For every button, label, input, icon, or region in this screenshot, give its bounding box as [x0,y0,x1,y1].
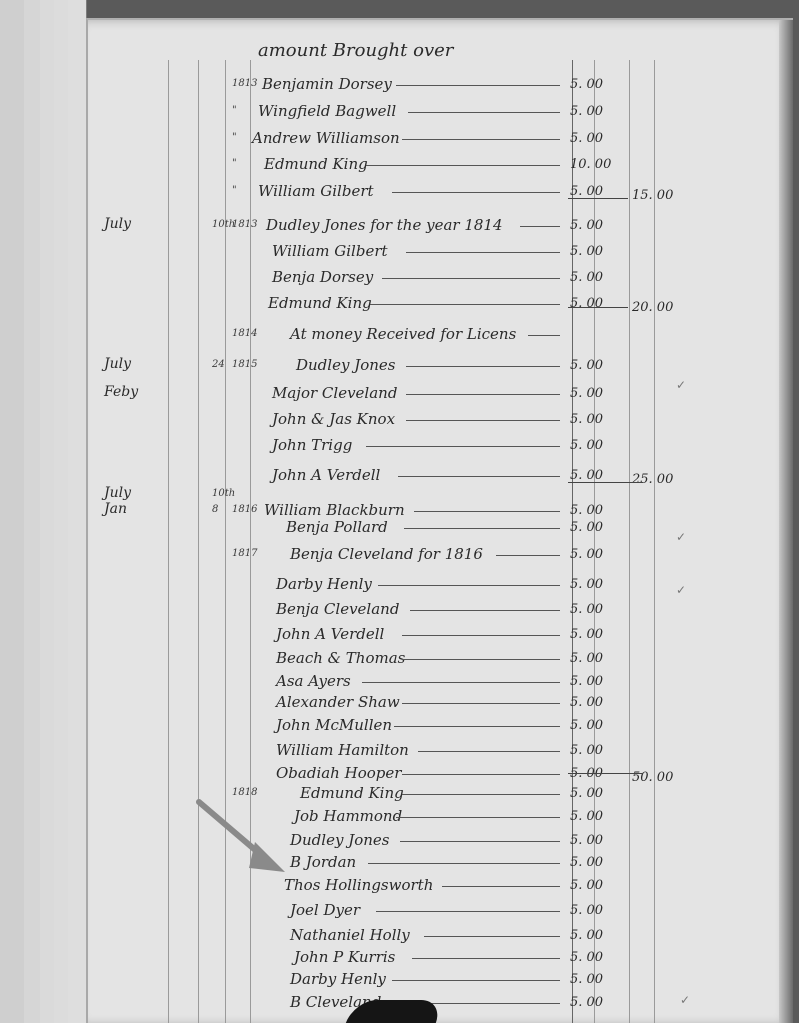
entry-amount: 5. 00 [570,577,603,592]
fill-dash [402,794,560,795]
entry-name: John McMullen [276,716,392,734]
entry-name: John A Verdell [276,625,384,643]
entry-amount: 5. 00 [570,438,603,453]
entry-name: Alexander Shaw [276,693,400,711]
fill-dash [366,446,560,447]
fill-dash [366,165,560,166]
entry-name: Obadiah Hooper [276,764,401,782]
entry-amount: 5. 00 [570,503,603,518]
entry-name: Dudley Jones [290,831,390,849]
entry-year: 1813 [232,219,257,230]
fill-dash [400,841,560,842]
entry-amount: 5. 00 [570,928,603,943]
entry-name: Andrew Williamson [252,129,400,147]
subtotal-rule [568,773,643,774]
entry-name: Major Cleveland [272,384,397,402]
entry-amount: 5. 00 [570,995,603,1010]
entry-year: 1813 [232,78,257,89]
fill-dash [376,911,560,912]
subtotal-rule [568,482,643,483]
entry-month: Feby [104,384,138,400]
fill-dash [520,226,560,227]
column-rule [198,60,199,1023]
entry-amount: 5. 00 [570,878,603,893]
fill-dash [396,85,560,86]
entry-subtotal: 25. 00 [632,472,673,487]
entry-name: William Hamilton [276,741,409,759]
fill-dash [382,278,560,279]
entry-amount: 5. 00 [570,602,603,617]
entry-name: Benja Pollard [286,518,388,536]
entry-amount: 5. 00 [570,358,603,373]
entry-amount: 5. 00 [570,695,603,710]
entry-subtotal: 20. 00 [632,300,673,315]
entry-year: 1815 [232,359,257,370]
entry-amount: 5. 00 [570,104,603,119]
entry-name: Dudley Jones [296,356,396,374]
entry-year: 1818 [232,787,257,798]
entry-amount: 5. 00 [570,468,603,483]
fill-dash [370,304,560,305]
entry-day: 24 [212,359,225,370]
fill-dash [378,585,560,586]
entry-name: Benjamin Dorsey [262,75,392,93]
entry-name: Edmund King [300,784,404,802]
ledger-header: amount Brought over [258,40,453,61]
entry-amount: 5. 00 [570,77,603,92]
fill-dash [528,335,560,336]
subtotal-rule [568,307,628,308]
entry-name: William Blackburn [264,501,405,519]
entry-amount: 5. 00 [570,296,603,311]
fill-dash [406,420,560,421]
page-shadow [779,20,793,1023]
entry-year: " [232,105,237,116]
entry-name: Dudley Jones for the year 1814 [266,216,503,234]
column-rule [168,60,169,1023]
entry-name: Beach & Thomas [276,649,405,667]
entry-name: Joel Dyer [290,901,360,919]
entry-month: July [104,356,131,372]
entry-name: Job Hammond [294,807,402,825]
entry-day: 10th [212,488,235,499]
entry-amount: 5. 00 [570,244,603,259]
entry-year: 1816 [232,504,257,515]
entry-amount: 10. 00 [570,157,611,172]
fill-dash [418,751,560,752]
fill-dash [406,394,560,395]
entry-name: Wingfield Bagwell [258,102,396,120]
fill-dash [398,476,560,477]
entry-name: Benja Dorsey [272,268,373,286]
entry-amount: 5. 00 [570,743,603,758]
checkmark-icon: ✓ [680,993,690,1007]
entry-year: " [232,185,237,196]
entry-year: 1814 [232,328,257,339]
fill-dash [402,703,560,704]
entry-amount: 5. 00 [570,833,603,848]
fill-dash [396,817,560,818]
entry-amount: 5. 00 [570,674,603,689]
entry-amount: 5. 00 [570,950,603,965]
entry-name: William Gilbert [272,242,388,260]
entry-day: 8 [212,504,218,515]
entry-subtotal: 15. 00 [632,188,673,203]
entry-amount: 5. 00 [570,855,603,870]
entry-amount: 5. 00 [570,903,603,918]
fill-dash [368,863,560,864]
column-rule [250,60,251,1023]
entry-name: Darby Henly [276,575,372,593]
entry-name: John & Jas Knox [272,410,395,428]
entry-name: Edmund King [264,155,368,173]
column-rule [654,60,655,1023]
entry-name: At money Received for Licens [290,325,516,343]
entry-amount: 5. 00 [570,218,603,233]
fill-dash [362,682,560,683]
entry-name: John A Verdell [272,466,380,484]
arrow-annotation-icon [195,798,295,878]
entry-amount: 5. 00 [570,972,603,987]
entry-month: July [104,485,131,501]
fill-dash [406,366,560,367]
ledger-page [86,18,793,1023]
entry-name: B Jordan [290,853,356,871]
checkmark-icon: ✓ [676,530,686,544]
fill-dash [496,555,560,556]
entry-month: Jan [104,501,127,517]
fill-dash [394,726,560,727]
entry-amount: 5. 00 [570,386,603,401]
entry-amount: 5. 00 [570,184,603,199]
fill-dash [404,528,560,529]
entry-name: Thos Hollingsworth [284,876,433,894]
fill-dash [402,635,560,636]
entry-amount: 5. 00 [570,547,603,562]
entry-name: Asa Ayers [276,672,351,690]
column-rule [629,60,630,1023]
entry-amount: 5. 00 [570,131,603,146]
fill-dash [408,112,560,113]
entry-amount: 5. 00 [570,627,603,642]
fill-dash [402,774,560,775]
subtotal-rule [568,198,628,199]
entry-year: " [232,132,237,143]
fill-dash [424,936,560,937]
fill-dash [412,958,560,959]
entry-name: John Trigg [272,436,352,454]
column-rule [225,60,226,1023]
fill-dash [442,886,560,887]
entry-name: Darby Henly [290,970,386,988]
checkmark-icon: ✓ [676,583,686,597]
fill-dash [402,659,560,660]
entry-amount: 5. 00 [570,786,603,801]
entry-name: Benja Cleveland [276,600,399,618]
entry-year: 1817 [232,548,257,559]
entry-name: Benja Cleveland for 1816 [290,545,483,563]
checkmark-icon: ✓ [676,378,686,392]
entry-name: John P Kurris [294,948,395,966]
entry-amount: 5. 00 [570,809,603,824]
entry-name: William Gilbert [258,182,374,200]
entry-amount: 5. 00 [570,651,603,666]
fill-dash [410,610,560,611]
entry-amount: 5. 00 [570,520,603,535]
entry-amount: 5. 00 [570,718,603,733]
fill-dash [392,980,560,981]
fill-dash [414,511,560,512]
entry-name: Edmund King [268,294,372,312]
entry-amount: 5. 00 [570,270,603,285]
entry-name: Nathaniel Holly [290,926,410,944]
fill-dash [406,252,560,253]
entry-month: July [104,216,131,232]
entry-year: " [232,158,237,169]
fill-dash [402,139,560,140]
fill-dash [392,192,560,193]
entry-amount: 5. 00 [570,412,603,427]
